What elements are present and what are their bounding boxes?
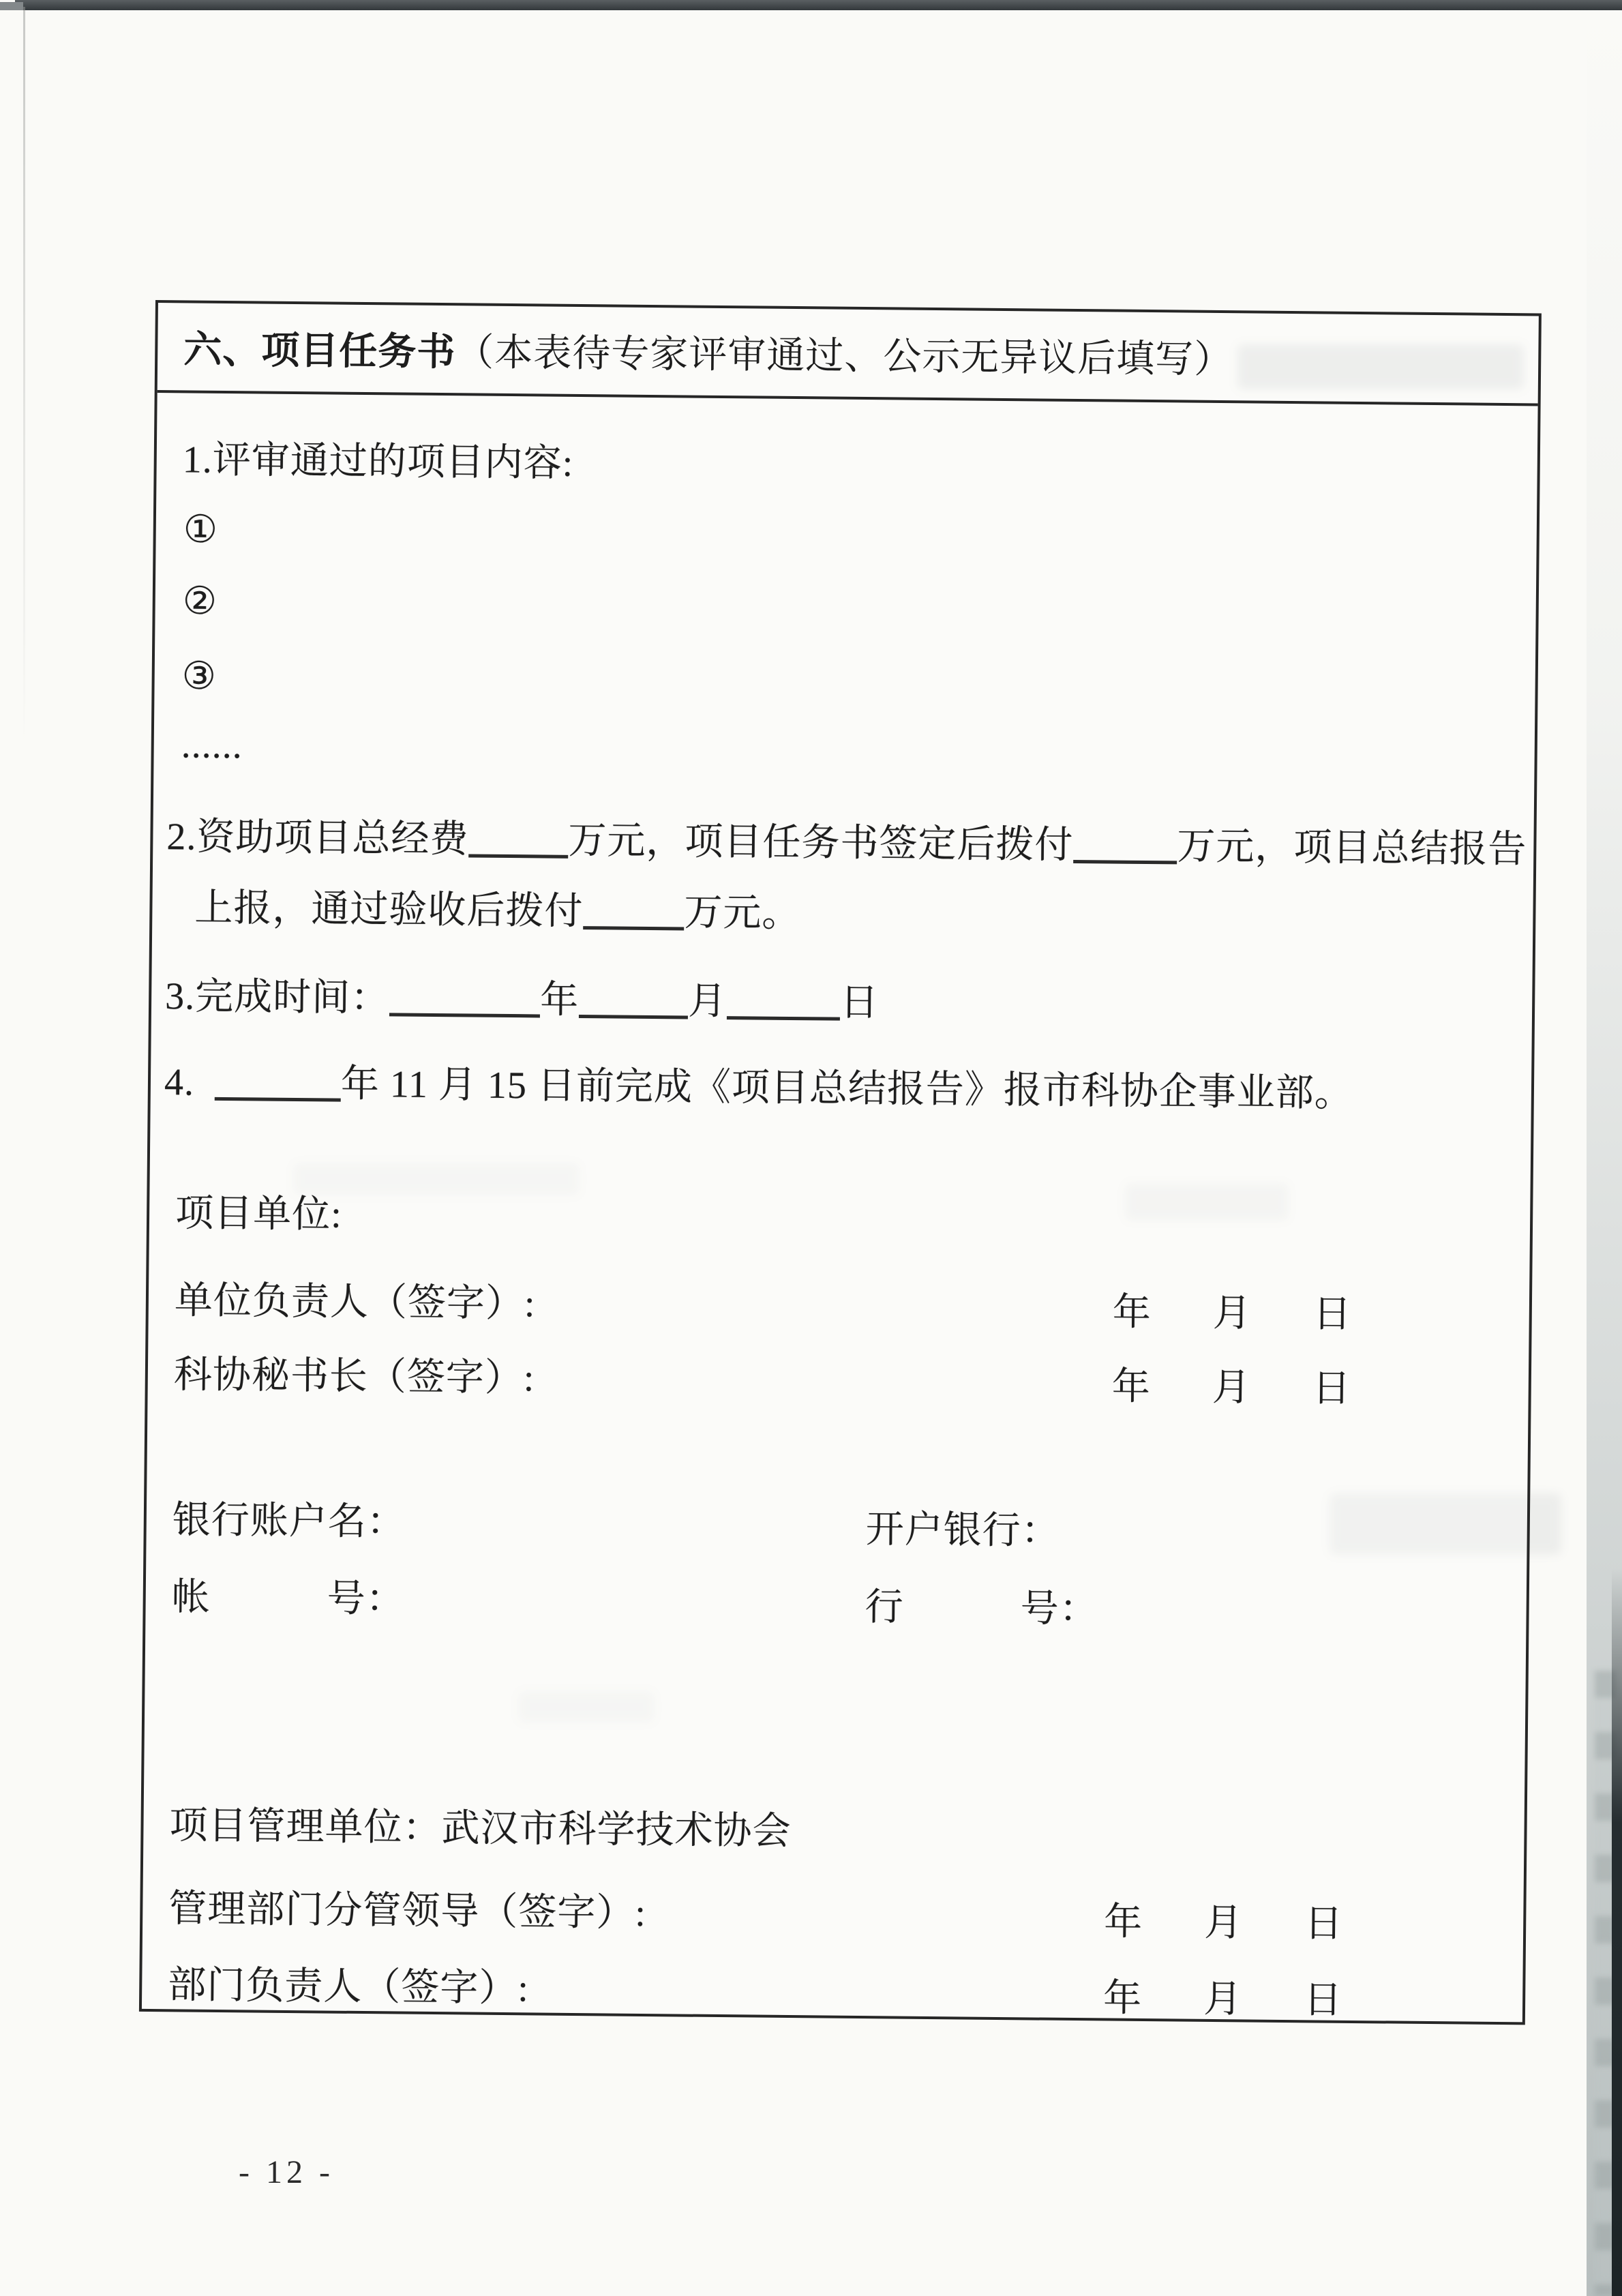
page-number: - 12 - (205, 2153, 368, 2191)
section2-line1-text-c: 万元，项目总结报告 (1177, 825, 1527, 871)
year-label: 年 (1112, 1282, 1151, 1337)
scan-left-crease (23, 7, 25, 743)
blank-first-payment (1073, 853, 1177, 864)
day-label: 日 (1312, 1358, 1351, 1413)
section3-month: 月 (688, 981, 727, 1024)
bank-branch-no-label: 行 号： (865, 1577, 1098, 1633)
section3-label: 3.完成时间： (165, 975, 390, 1019)
admin-leader-label: 管理部门分管领导（签字）: (168, 1878, 646, 1937)
blank-day (727, 1009, 840, 1021)
year-label: 年 (1111, 1356, 1150, 1412)
admin-leader-date: 年 月 日 (1104, 1891, 1343, 1948)
bank-account-no-label: 帐 号： (171, 1566, 405, 1623)
blank-year (389, 1006, 540, 1017)
section1-item-1: ① (183, 507, 218, 552)
admin-dept-head-label: 部门负责人（签字）: (168, 1954, 529, 2012)
blank-month (579, 1008, 688, 1019)
month-label: 月 (1204, 1892, 1243, 1948)
section1-item-2: ② (182, 579, 217, 623)
form-title: 六、项目任务书 (183, 319, 456, 376)
year-label: 年 (1103, 1967, 1142, 2023)
section2-line1-text-b: 万元，项目任务书签定后拨付 (568, 820, 1074, 867)
unit-secretary-date: 年 月 日 (1111, 1356, 1351, 1413)
day-label: 日 (1304, 1893, 1343, 1948)
section4-prefix: 4. (164, 1061, 195, 1103)
section2-line1: 2.资助项目总经费万元，项目任务书签定后拨付万元，项目总结报告 (166, 806, 1527, 874)
admin-dept-head-date: 年 月 日 (1103, 1967, 1342, 2024)
admin-org-line: 项目管理单位：武汉市科学技术协会 (169, 1795, 792, 1855)
scan-top-edge-shadow (15, 0, 1622, 10)
scan-corner-mark (0, 2, 23, 10)
section2-line2-text-a: 上报，通过验收后拨付 (194, 887, 584, 933)
day-label: 日 (1304, 1969, 1342, 2025)
form-title-note: （本表待专家评审通过、公示无异议后填写） (455, 322, 1233, 384)
blank-total-fund (468, 847, 568, 858)
admin-org-value: 武汉市科学技术协会 (441, 1807, 792, 1853)
year-label: 年 (1104, 1891, 1143, 1946)
section4-line: 4.年 11 月 15 日前完成《项目总结报告》报市科协企事业部。 (164, 1052, 1354, 1118)
section1-ellipsis: ...... (181, 723, 243, 767)
section1-item-3: ③ (181, 654, 217, 698)
section4-suffix: 年 11 月 15 日前完成《项目总结报告》报市科协企事业部。 (341, 1063, 1353, 1115)
section3-line: 3.完成时间：年月日 (165, 966, 880, 1027)
month-label: 月 (1212, 1357, 1250, 1412)
section3-year: 年 (540, 979, 580, 1022)
section3-day: 日 (840, 982, 880, 1025)
unit-secretary-label: 科协秘书长（签字）: (174, 1344, 535, 1402)
project-task-form-box: 六、项目任务书（本表待专家评审通过、公示无异议后填写） 1.评审通过的项目内容:… (139, 300, 1542, 2025)
month-label: 月 (1212, 1283, 1251, 1338)
form-header: 六、项目任务书（本表待专家评审通过、公示无异议后填写） (157, 303, 1539, 406)
section2-line2: 上报，通过验收后拨付万元。 (194, 878, 801, 938)
section2-line1-text-a: 2.资助项目总经费 (166, 816, 469, 861)
unit-org-label: 项目单位: (175, 1182, 342, 1238)
bank-name-label: 开户银行： (865, 1499, 1060, 1555)
section1-label: 1.评审通过的项目内容: (182, 429, 573, 488)
bank-account-name-label: 银行账户名： (172, 1489, 406, 1546)
blank-report-year (215, 1090, 341, 1102)
unit-head-label: 单位负责人（签字）: (175, 1270, 536, 1328)
blank-final-payment (583, 919, 684, 930)
month-label: 月 (1203, 1969, 1242, 2024)
admin-org-label: 项目管理单位： (169, 1804, 442, 1849)
section2-line2-text-b: 万元。 (684, 891, 801, 935)
scanned-form-page: { "form": { "header": { "title": "六、项目任务… (0, 0, 1622, 2296)
day-label: 日 (1312, 1283, 1351, 1339)
scan-right-dark-edge (1612, 1568, 1622, 2296)
unit-head-date: 年 月 日 (1112, 1282, 1351, 1339)
